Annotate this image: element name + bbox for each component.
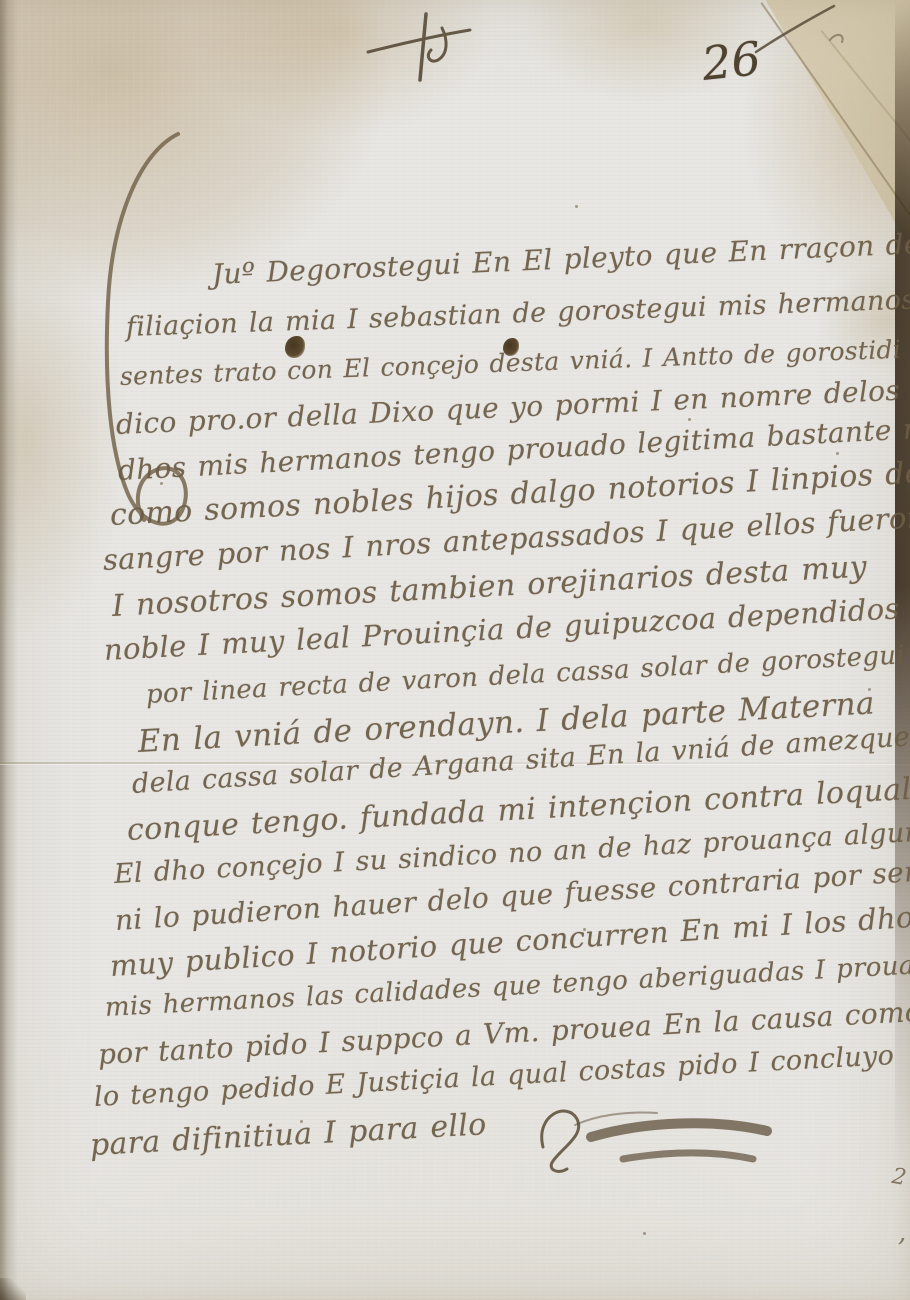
paper-speck [575,205,578,208]
invocation-cross-icon [362,6,477,91]
paper-speck [836,452,839,455]
paper-speck [643,1232,646,1235]
folio-upstroke [750,2,840,57]
text-line: filiaçion la mia I sebastian de gorosteg… [125,283,910,343]
manuscript-page: 26 Juº Degorostegui En El pleyto que En … [0,0,910,1300]
paper-speck [583,928,586,931]
paper-speck [160,482,163,485]
edge-mark: , [898,1218,906,1248]
page-edge-corner [0,1278,26,1300]
paper-speck [300,1120,303,1123]
rubric-flourish [505,1095,795,1185]
page-edge-left [0,0,18,1300]
paper-speck [688,418,691,421]
text-line: para difinitiua I para ello [89,1107,487,1163]
paper-speck [868,688,871,691]
text-line: Juº Degorostegui En El pleyto que En rra… [211,225,910,290]
